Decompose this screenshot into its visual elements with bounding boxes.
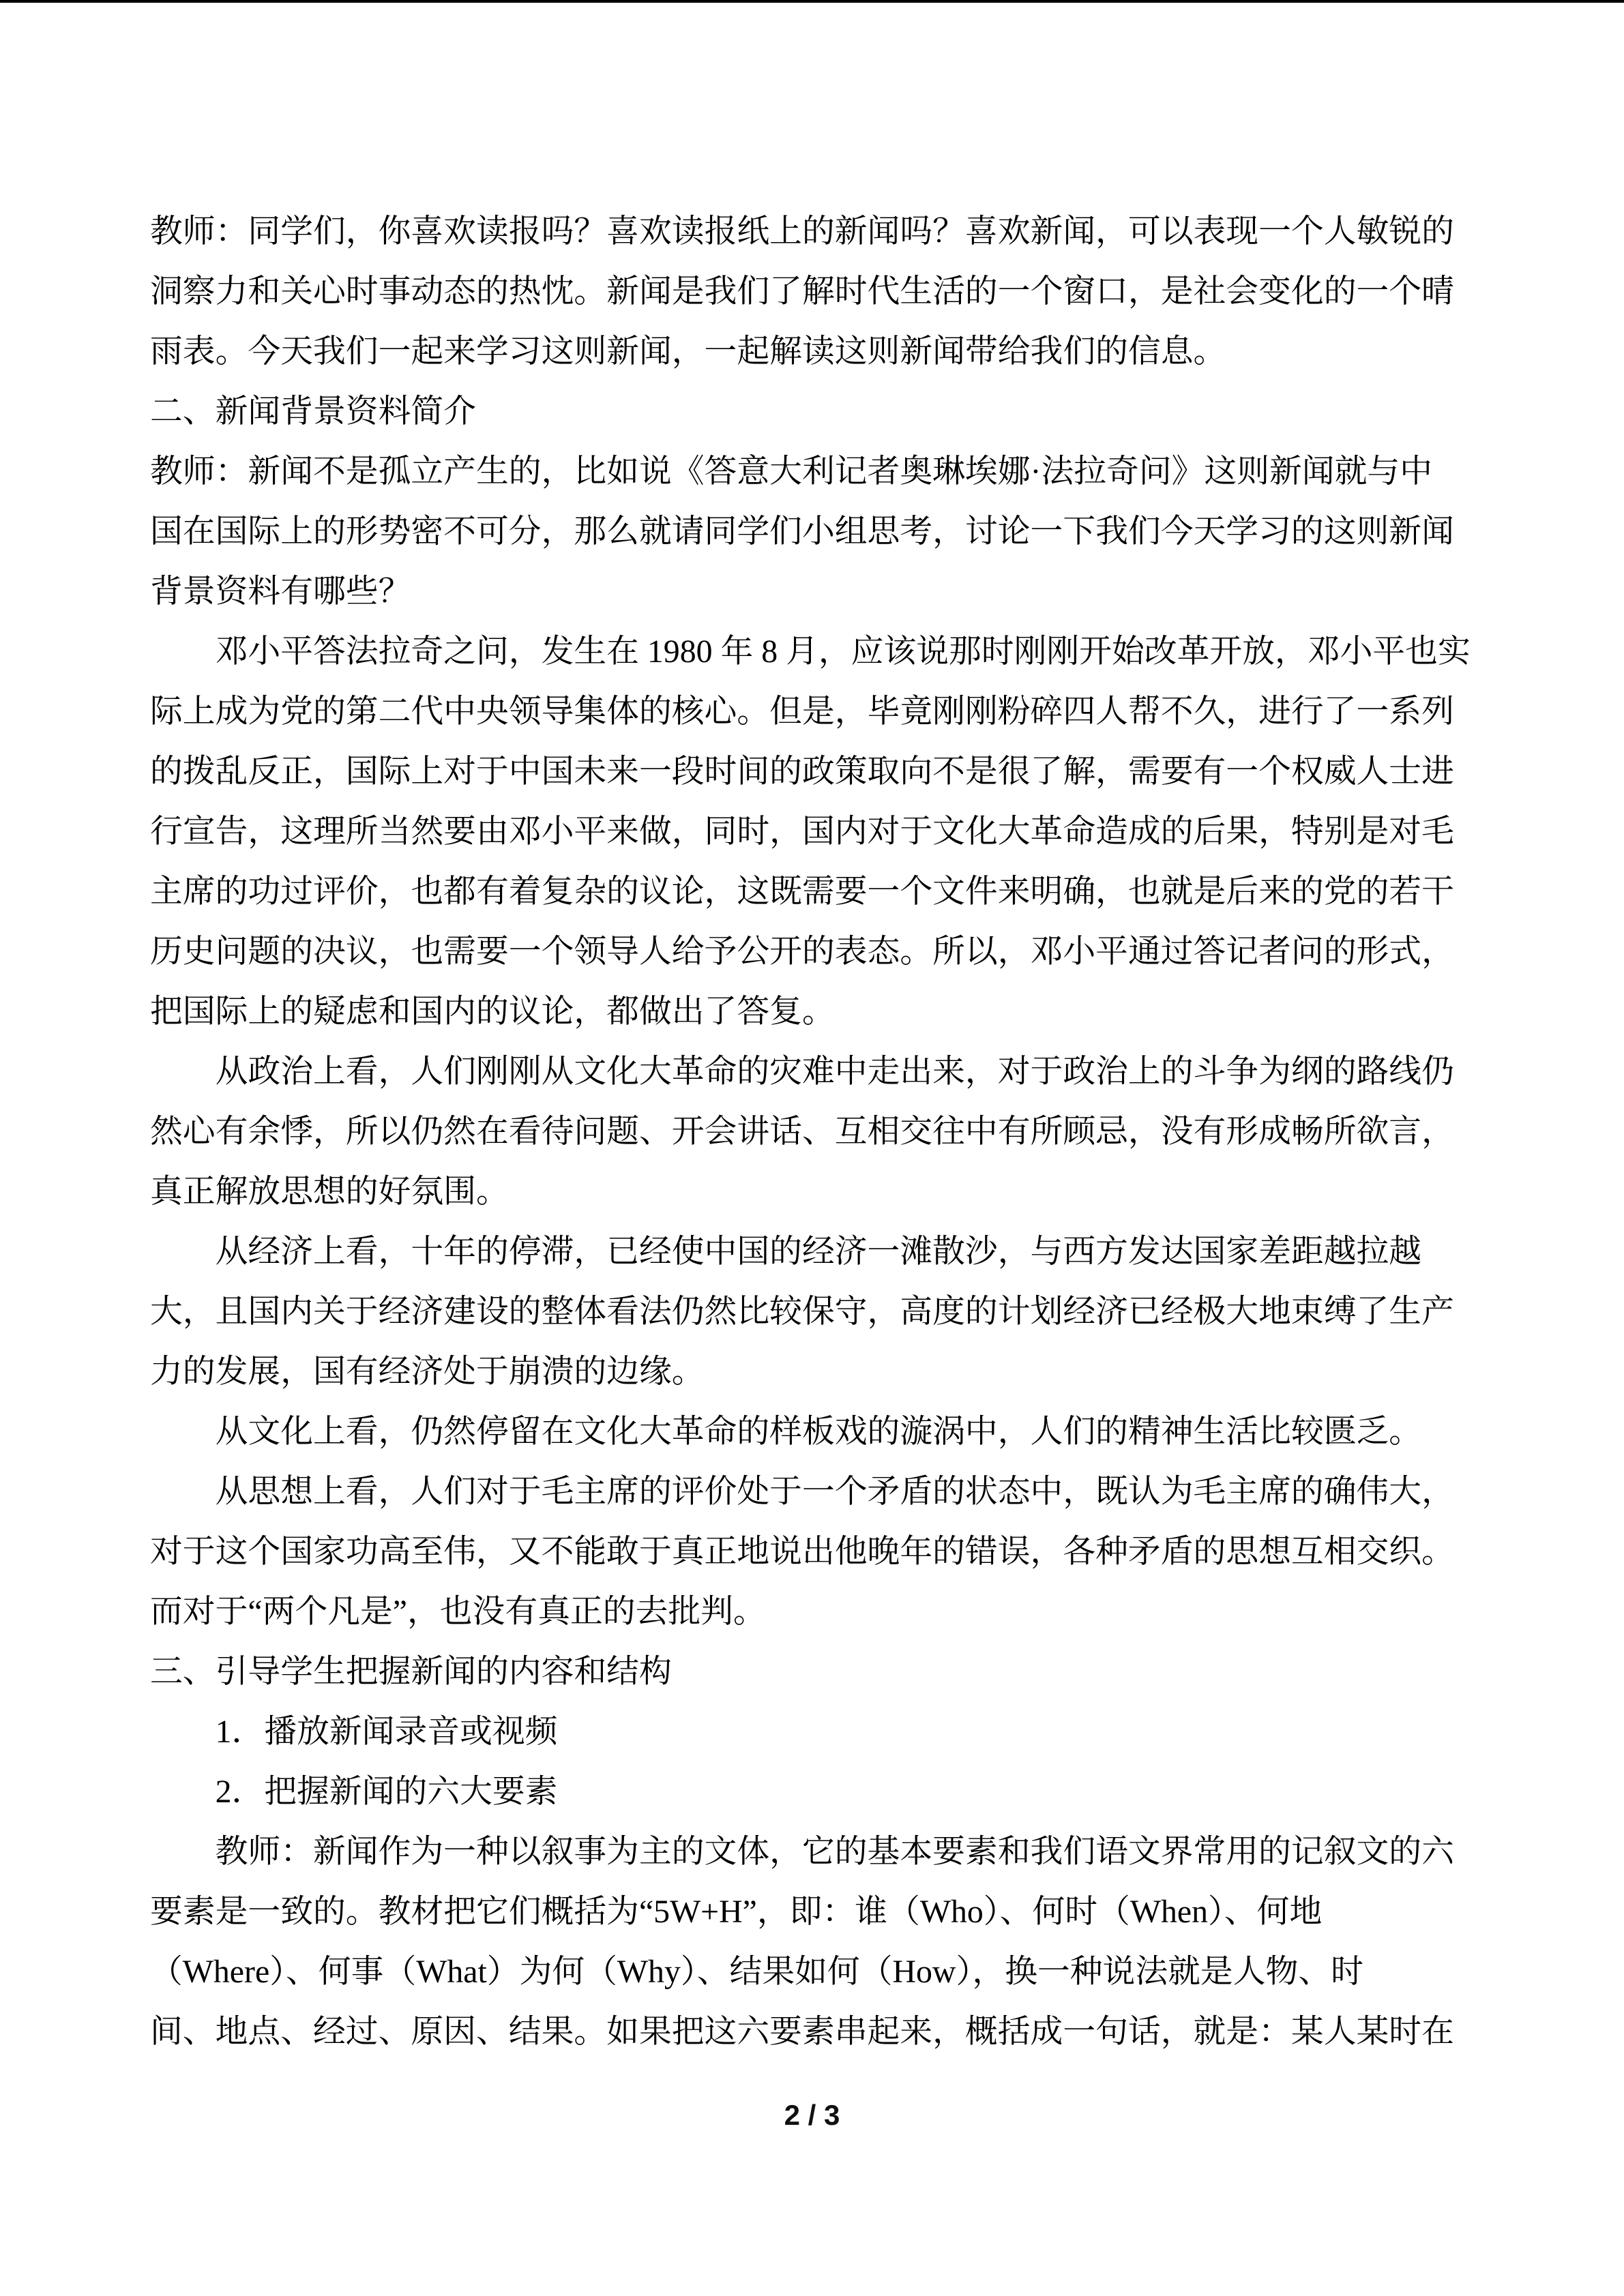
text-line: 二、新闻背景资料简介 [150,382,1474,442]
text-line: 力的发展，国有经济处于崩溃的边缘。 [150,1342,1474,1402]
text-line: 教师：同学们，你喜欢读报吗？喜欢读报纸上的新闻吗？喜欢新闻，可以表现一个人敏锐的 [150,202,1474,262]
text-line: 2．把握新闻的六大要素 [150,1762,1474,1822]
text-line: 间、地点、经过、原因、结果。如果把这六要素串起来，概括成一句话，就是：某人某时在 [150,2002,1474,2062]
text-line: 真正解放思想的好氛围。 [150,1162,1474,1222]
text-line: 然心有余悸，所以仍然在看待问题、开会讲话、互相交往中有所顾忌，没有形成畅所欲言， [150,1102,1474,1162]
text-line: 要素是一致的。教材把它们概括为“5W+H”，即：谁（Who）、何时（When）、… [150,1882,1474,1942]
text-line: 教师：新闻作为一种以叙事为主的文体，它的基本要素和我们语文界常用的记叙文的六 [150,1822,1474,1882]
text-line: 从政治上看，人们刚刚从文化大革命的灾难中走出来，对于政治上的斗争为纲的路线仍 [150,1042,1474,1102]
text-line: 行宣告，这理所当然要由邓小平来做，同时，国内对于文化大革命造成的后果，特别是对毛 [150,802,1474,862]
text-line: 际上成为党的第二代中央领导集体的核心。但是，毕竟刚刚粉碎四人帮不久，进行了一系列 [150,682,1474,742]
text-line: 邓小平答法拉奇之问，发生在 1980 年 8 月，应该说那时刚刚开始改革开放，邓… [150,622,1474,682]
text-line: 教师：新闻不是孤立产生的，比如说《答意大利记者奥琳埃娜·法拉奇问》这则新闻就与中 [150,442,1474,502]
text-line: 从文化上看，仍然停留在文化大革命的样板戏的漩涡中，人们的精神生活比较匮乏。 [150,1402,1474,1462]
text-line: 从经济上看，十年的停滞，已经使中国的经济一滩散沙，与西方发达国家差距越拉越 [150,1222,1474,1282]
text-line: 国在国际上的形势密不可分，那么就请同学们小组思考，讨论一下我们今天学习的这则新闻 [150,502,1474,562]
text-line: 从思想上看，人们对于毛主席的评价处于一个矛盾的状态中，既认为毛主席的确伟大， [150,1462,1474,1522]
text-line: 大，且国内关于经济建设的整体看法仍然比较保守，高度的计划经济已经极大地束缚了生产 [150,1282,1474,1342]
text-line: 主席的功过评价，也都有着复杂的议论，这既需要一个文件来明确，也就是后来的党的若干 [150,862,1474,922]
text-line: 三、引导学生把握新闻的内容和结构 [150,1642,1474,1702]
text-line: （Where）、何事（What）为何（Why）、结果如何（How），换一种说法就… [150,1942,1474,2002]
text-line: 的拨乱反正，国际上对于中国未来一段时间的政策取向不是很了解，需要有一个权威人士进 [150,742,1474,802]
text-line: 雨表。今天我们一起来学习这则新闻，一起解读这则新闻带给我们的信息。 [150,322,1474,382]
text-line: 洞察力和关心时事动态的热忱。新闻是我们了解时代生活的一个窗口，是社会变化的一个晴 [150,262,1474,322]
page-number: 2 / 3 [0,2095,1624,2136]
text-line: 历史问题的决议，也需要一个领导人给予公开的表态。所以，邓小平通过答记者问的形式， [150,922,1474,982]
text-line: 背景资料有哪些？ [150,562,1474,622]
text-line: 把国际上的疑虑和国内的议论，都做出了答复。 [150,982,1474,1042]
top-border [0,0,1624,3]
text-line: 1．播放新闻录音或视频 [150,1702,1474,1762]
text-line: 而对于“两个凡是”，也没有真正的去批判。 [150,1582,1474,1642]
text-line: 对于这个国家功高至伟，又不能敢于真正地说出他晚年的错误，各种矛盾的思想互相交织。 [150,1522,1474,1582]
document-body: 教师：同学们，你喜欢读报吗？喜欢读报纸上的新闻吗？喜欢新闻，可以表现一个人敏锐的… [150,202,1474,2062]
